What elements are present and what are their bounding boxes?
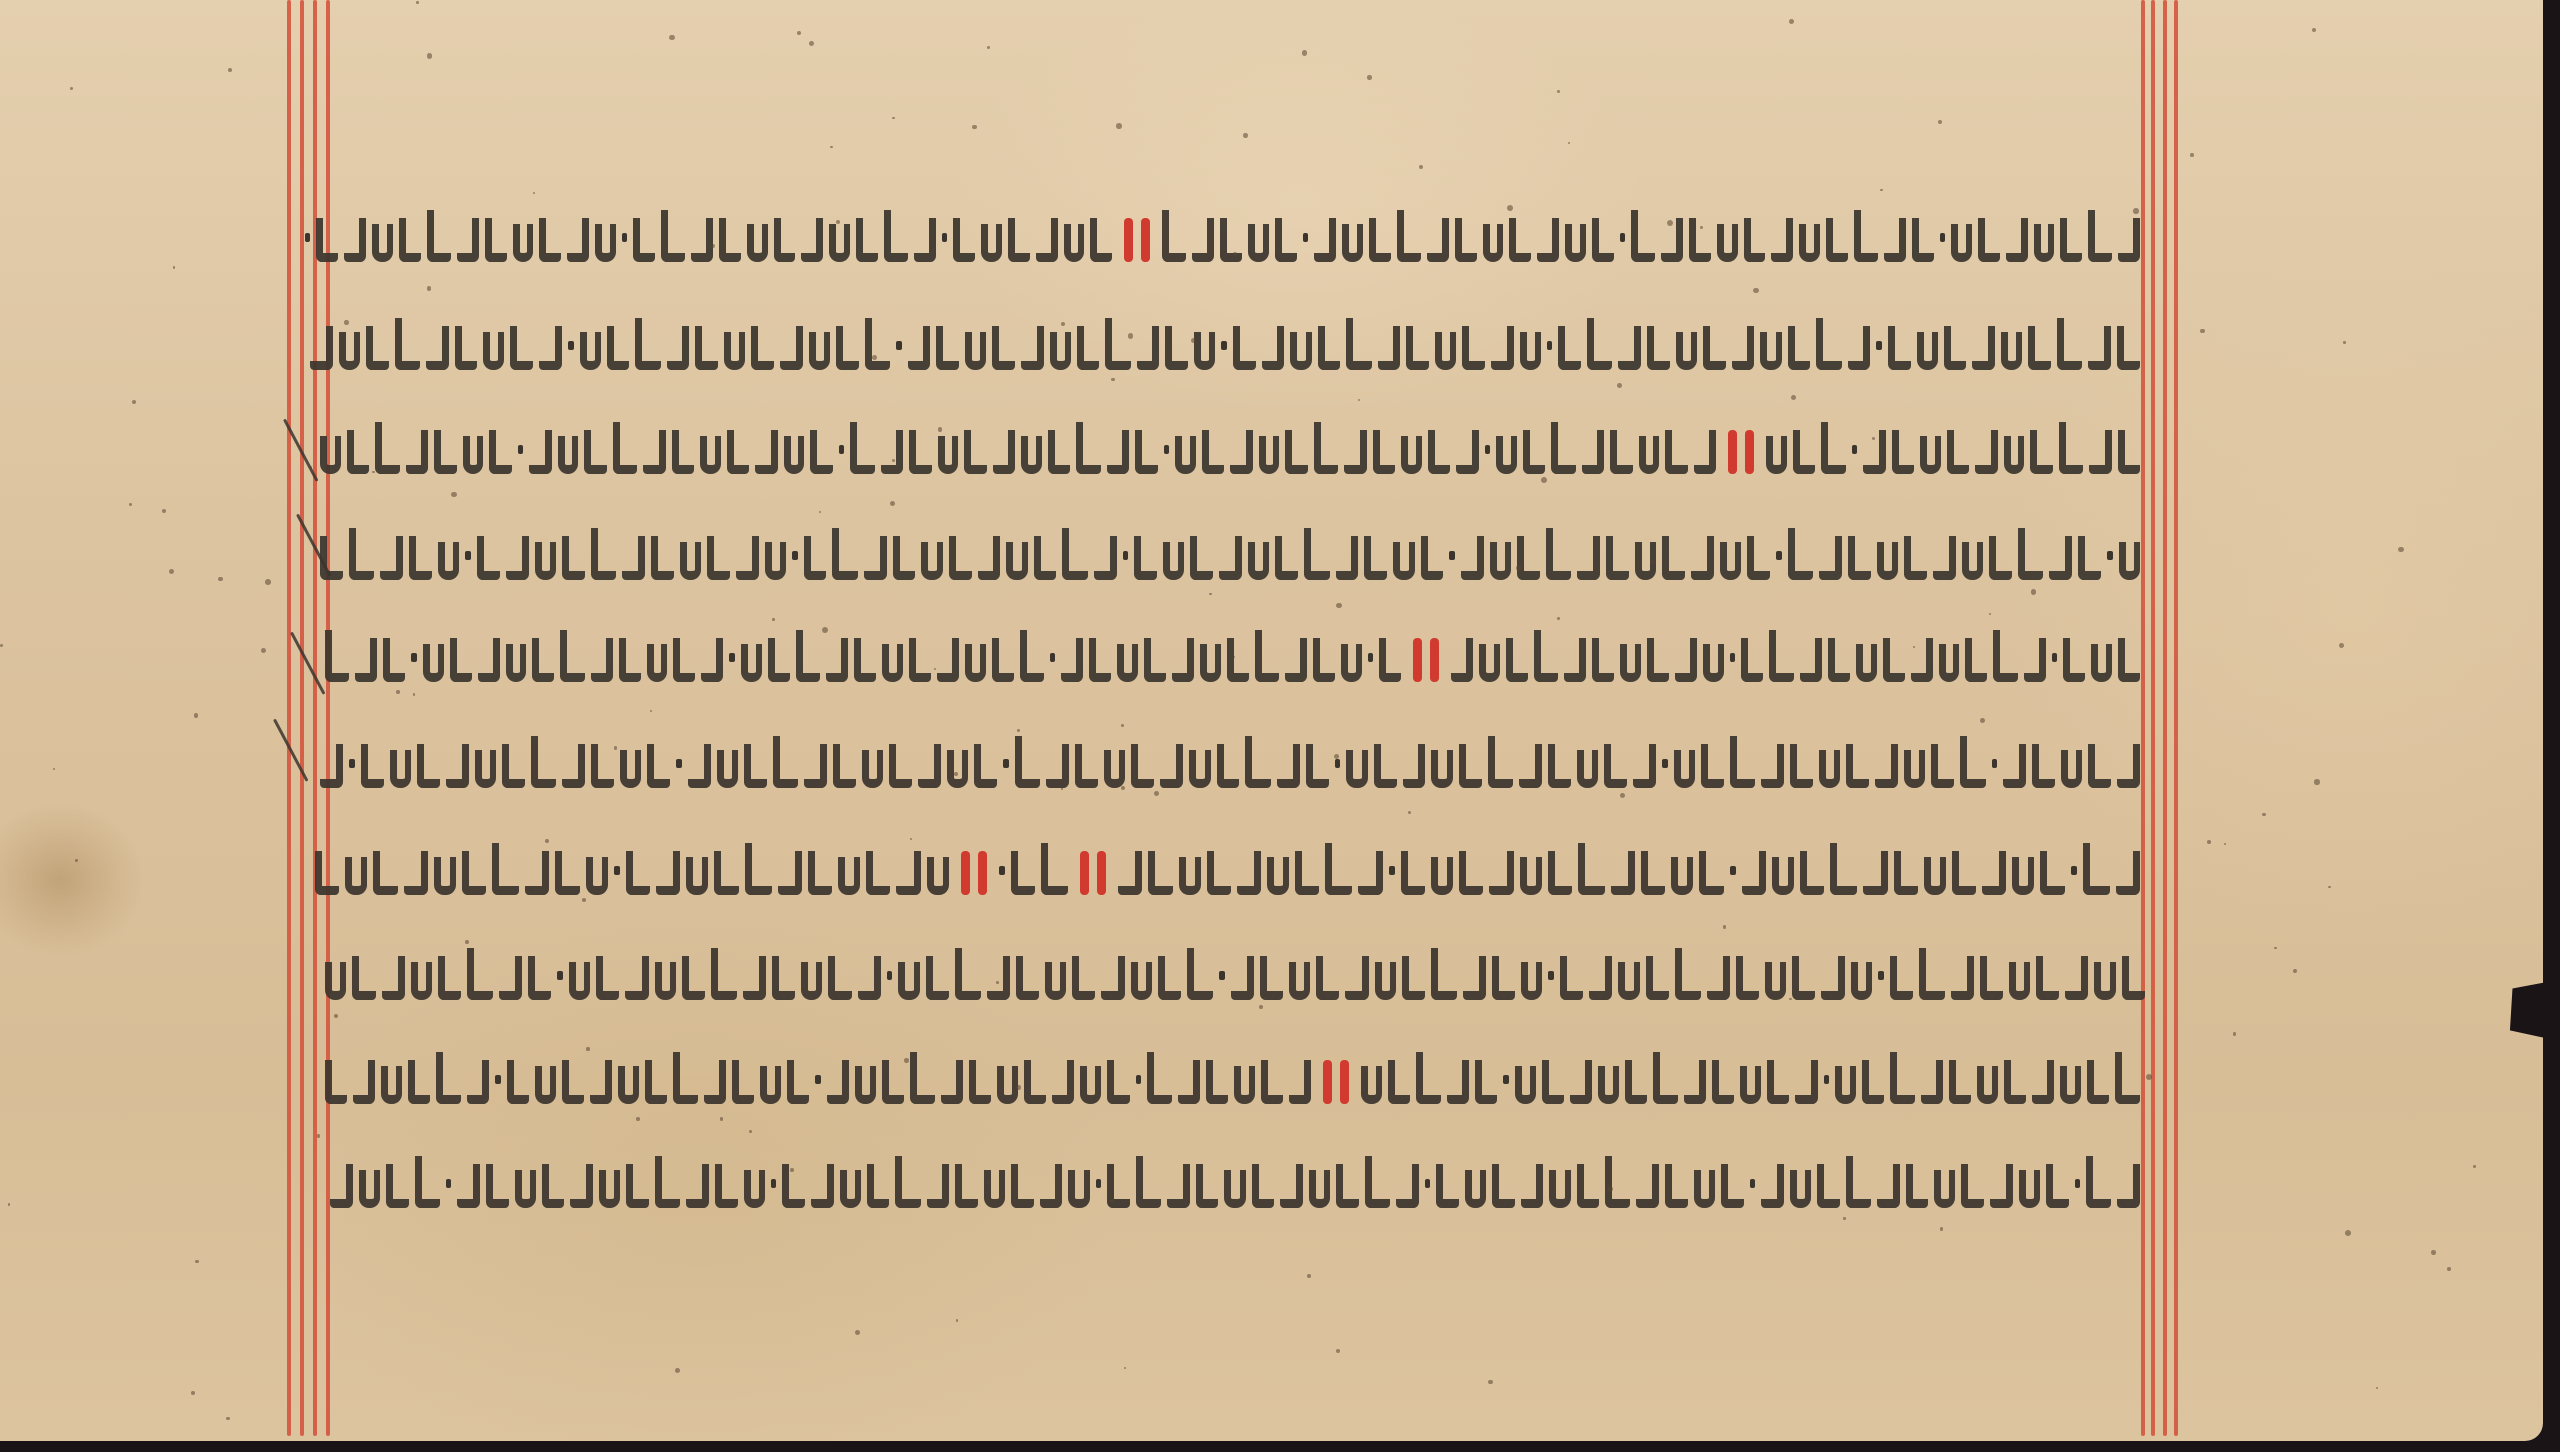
script-glyph (483, 332, 504, 370)
paper-speck (855, 1330, 860, 1335)
script-glyph (673, 1052, 698, 1104)
script-glyph (352, 956, 375, 1000)
script-glyph (809, 332, 830, 370)
script-glyph (467, 1060, 489, 1104)
script-glyph (1435, 332, 1456, 370)
script-glyph (395, 318, 420, 370)
script-glyph (1542, 1060, 1564, 1104)
script-glyph (1523, 430, 1545, 474)
punctuation-dot (349, 759, 355, 768)
script-glyph (850, 422, 875, 474)
punctuation-dot (1449, 551, 1455, 560)
script-glyph (1848, 326, 1871, 370)
punctuation-dot (465, 551, 471, 560)
script-glyph (898, 962, 919, 1000)
script-glyph (719, 218, 741, 262)
red-ruling-line (2174, 0, 2178, 1436)
script-glyph (1788, 326, 1811, 370)
script-glyph (1765, 962, 1786, 1000)
script-glyph (1875, 744, 1898, 788)
script-glyph (620, 750, 641, 788)
paper-speck (1568, 142, 1570, 144)
script-glyph (896, 851, 920, 895)
script-glyph (383, 638, 405, 682)
paper-speck (996, 981, 999, 984)
script-glyph (325, 630, 349, 682)
script-glyph (2030, 430, 2052, 474)
script-glyph (477, 536, 500, 580)
script-glyph (655, 962, 676, 1000)
script-glyph (949, 536, 972, 580)
paper-speck (1121, 724, 1124, 727)
script-glyph (1107, 430, 1129, 474)
paper-speck (2339, 643, 2344, 648)
paper-speck (987, 46, 990, 49)
script-glyph (562, 744, 585, 788)
punctuation-dot (1824, 1075, 1829, 1084)
punctuation-dot (1335, 759, 1341, 768)
script-glyph (345, 857, 367, 895)
paper-speck (1617, 383, 1622, 388)
script-glyph (732, 1060, 754, 1104)
script-glyph (1894, 851, 1918, 895)
script-glyph (591, 744, 614, 788)
paper-speck (0, 644, 3, 647)
script-glyph (881, 430, 903, 474)
script-glyph (1136, 1156, 1161, 1208)
paper-speck (334, 1014, 338, 1018)
punctuation-dot (518, 445, 524, 454)
script-glyph (1316, 956, 1339, 1000)
paper-speck (372, 471, 375, 474)
script-glyph (2088, 744, 2111, 788)
script-glyph (1631, 210, 1655, 262)
script-glyph (1068, 1170, 1089, 1208)
punctuation-dot (305, 233, 310, 242)
script-glyph (1048, 430, 1070, 474)
script-glyph (1582, 430, 1604, 474)
script-glyph (1676, 332, 1697, 370)
paper-speck (669, 35, 675, 41)
paper-speck (1723, 925, 1727, 929)
script-glyph (1304, 528, 1329, 580)
script-glyph (856, 218, 878, 262)
red-double-danda (1728, 430, 1754, 474)
script-glyph (1846, 744, 1869, 788)
script-glyph (1694, 430, 1716, 474)
script-glyph (1436, 1164, 1459, 1208)
script-glyph (1189, 750, 1210, 788)
script-glyph (1761, 1164, 1784, 1208)
script-glyph (1162, 210, 1186, 262)
script-glyph (316, 218, 338, 262)
script-glyph (325, 962, 346, 1000)
paper-speck (173, 266, 175, 268)
script-glyph (1989, 536, 2012, 580)
script-glyph (2060, 1066, 2081, 1104)
script-glyph (921, 542, 942, 580)
script-glyph (1674, 750, 1695, 788)
punctuation-dot (1164, 445, 1170, 454)
script-glyph (1892, 430, 1914, 474)
script-glyph (1314, 422, 1339, 474)
script-glyph (2059, 422, 2084, 474)
script-glyph (1277, 744, 1300, 788)
paper-speck (972, 125, 976, 129)
punctuation-dot (2075, 1179, 2081, 1188)
script-glyph (372, 224, 393, 262)
script-glyph (2049, 536, 2072, 580)
script-glyph (1641, 851, 1665, 895)
script-glyph (542, 1164, 565, 1208)
script-glyph (745, 843, 772, 895)
paper-speck (1419, 165, 1423, 169)
script-glyph (1104, 750, 1125, 788)
punctuation-dot (1776, 551, 1782, 560)
script-glyph (1289, 962, 1310, 1000)
script-glyph (1075, 744, 1098, 788)
script-glyph (349, 528, 374, 580)
script-glyph (1361, 1066, 1382, 1104)
script-glyph (1196, 1164, 1219, 1208)
script-glyph (2012, 857, 2034, 895)
script-glyph (695, 326, 718, 370)
script-glyph (1488, 736, 1513, 788)
paper-speck (1980, 718, 1985, 723)
script-glyph (1906, 1164, 1929, 1208)
script-glyph (1564, 638, 1586, 682)
script-glyph (796, 630, 820, 682)
script-glyph (406, 430, 428, 474)
script-glyph (969, 1060, 991, 1104)
script-glyph (1537, 218, 1559, 262)
punctuation-dot (495, 1075, 500, 1084)
red-double-danda (1413, 638, 1439, 682)
script-glyph (531, 736, 556, 788)
script-glyph (489, 430, 511, 474)
paper-speck (987, 1181, 989, 1183)
script-glyph (1172, 638, 1194, 682)
punctuation-dot (1003, 759, 1009, 768)
paper-speck (904, 1058, 909, 1063)
script-glyph (423, 644, 444, 682)
script-glyph (827, 1060, 849, 1104)
script-glyph (1944, 326, 1967, 370)
paper-speck (226, 1417, 230, 1421)
paper-speck (1336, 1349, 1340, 1353)
script-glyph (1483, 224, 1504, 262)
script-glyph (1819, 750, 1840, 788)
script-glyph (1633, 744, 1656, 788)
script-glyph (997, 1066, 1018, 1104)
script-glyph (1520, 332, 1541, 370)
script-glyph (784, 436, 805, 474)
script-glyph (2118, 638, 2140, 682)
script-glyph (1245, 736, 1270, 788)
script-glyph (838, 857, 860, 895)
script-glyph (562, 1060, 584, 1104)
script-glyph (1020, 630, 1044, 682)
punctuation-dot (1389, 866, 1395, 875)
script-glyph (586, 857, 608, 895)
script-glyph (619, 638, 641, 682)
script-glyph (1912, 218, 1934, 262)
paper-speck (1111, 378, 1115, 382)
script-glyph (1982, 851, 2006, 895)
script-glyph (1517, 536, 1540, 580)
paper-speck (162, 509, 166, 513)
punctuation-dot (729, 653, 734, 662)
script-glyph (1993, 630, 2017, 682)
script-glyph (926, 956, 949, 1000)
punctuation-dot (1730, 653, 1735, 662)
script-glyph (1647, 326, 1670, 370)
script-glyph (1558, 326, 1581, 370)
script-glyph (1137, 326, 1160, 370)
script-glyph (1062, 528, 1087, 580)
paper-speck (1753, 288, 1758, 293)
script-glyph (1920, 436, 1941, 474)
script-glyph (347, 430, 369, 474)
script-glyph (462, 851, 486, 895)
script-glyph (415, 1156, 440, 1208)
paper-speck (195, 1260, 198, 1263)
script-glyph (1732, 326, 1755, 370)
script-glyph (1131, 744, 1154, 788)
script-glyph (1934, 1170, 1955, 1208)
script-glyph (1618, 326, 1641, 370)
script-glyph (390, 750, 411, 788)
script-glyph (2088, 326, 2111, 370)
punctuation-dot (1750, 1179, 1756, 1188)
script-glyph (1403, 744, 1426, 788)
paper-speck (1989, 613, 1991, 615)
script-glyph (1401, 851, 1425, 895)
script-glyph (539, 218, 561, 262)
script-glyph (1620, 644, 1641, 682)
paper-speck (228, 68, 232, 72)
script-glyph (1636, 1164, 1659, 1208)
script-glyph (760, 1066, 781, 1104)
script-glyph (622, 536, 645, 580)
script-glyph (1077, 326, 1100, 370)
script-glyph (1393, 542, 1414, 580)
script-glyph (1461, 536, 1484, 580)
red-ruling-line (2151, 0, 2155, 1436)
script-glyph (625, 956, 648, 1000)
script-glyph (1163, 542, 1184, 580)
paper-speck (2376, 1387, 2378, 1389)
punctuation-dot (1852, 445, 1858, 454)
script-glyph (1767, 1060, 1789, 1104)
punctuation-dot (1876, 341, 1882, 350)
script-glyph (1888, 326, 1911, 370)
paper-speck (822, 627, 828, 633)
script-glyph (1089, 638, 1111, 682)
script-glyph (1977, 1066, 1998, 1104)
script-glyph (381, 1066, 402, 1104)
script-glyph (1703, 644, 1724, 682)
script-glyph (359, 1170, 380, 1208)
script-glyph (724, 332, 745, 370)
script-glyph (936, 326, 959, 370)
script-glyph (927, 1164, 950, 1208)
script-glyph (1947, 430, 1969, 474)
script-glyph (492, 843, 519, 895)
paper-speck (1408, 811, 1411, 814)
script-glyph (1611, 851, 1635, 895)
paper-speck (954, 772, 958, 776)
script-glyph (1835, 1066, 1856, 1104)
red-double-danda (961, 851, 987, 895)
script-glyph (2006, 218, 2028, 262)
punctuation-dot (1548, 971, 1554, 980)
script-glyph (2089, 430, 2111, 474)
script-glyph (2004, 1060, 2026, 1104)
script-glyph (862, 750, 883, 788)
paper-speck (1507, 205, 1513, 211)
script-glyph (992, 326, 1015, 370)
script-glyph (1374, 744, 1397, 788)
punctuation-dot (1221, 341, 1227, 350)
paper-speck (772, 618, 774, 620)
script-glyph (1259, 436, 1280, 474)
script-glyph (1475, 1060, 1497, 1104)
punctuation-dot (1503, 1075, 1508, 1084)
script-glyph (918, 744, 941, 788)
script-glyph (1040, 1164, 1063, 1208)
script-glyph (591, 528, 616, 580)
script-glyph (1455, 218, 1477, 262)
script-glyph (502, 744, 525, 788)
script-glyph (1830, 843, 1857, 895)
script-glyph (467, 948, 493, 1000)
script-glyph (1939, 644, 1960, 682)
script-glyph (1965, 638, 1987, 682)
script-glyph (562, 536, 585, 580)
script-glyph (682, 956, 705, 1000)
script-glyph (446, 744, 469, 788)
script-glyph (955, 1164, 978, 1208)
script-glyph (1662, 536, 1685, 580)
script-glyph (751, 326, 774, 370)
script-glyph (539, 326, 562, 370)
script-glyph (478, 638, 500, 682)
script-glyph (833, 744, 856, 788)
script-glyph (772, 956, 795, 1000)
script-glyph (1167, 1164, 1190, 1208)
script-glyph (599, 1170, 620, 1208)
script-glyph (765, 542, 786, 580)
script-glyph (801, 962, 822, 1000)
script-glyph (774, 218, 796, 262)
paper-speck (892, 117, 894, 119)
script-glyph (1747, 536, 1770, 580)
script-glyph (438, 956, 461, 1000)
script-glyph (506, 644, 527, 682)
script-glyph (1011, 851, 1035, 895)
script-glyph (1509, 218, 1531, 262)
paper-speck (465, 940, 469, 944)
script-glyph (1479, 644, 1500, 682)
script-glyph (1863, 851, 1887, 895)
script-glyph (773, 736, 798, 788)
script-glyph (645, 1060, 667, 1104)
script-glyph (1817, 1164, 1840, 1208)
script-glyph (1227, 638, 1249, 682)
script-glyph (2122, 956, 2145, 1000)
script-glyph (1261, 1060, 1283, 1104)
script-glyph (727, 430, 749, 474)
script-glyph (1772, 857, 1794, 895)
script-glyph (804, 536, 827, 580)
script-glyph (854, 638, 876, 682)
script-glyph (1064, 224, 1085, 262)
script-glyph (485, 218, 507, 262)
paper-speck (1880, 189, 1883, 192)
script-glyph (353, 1060, 375, 1104)
paper-speck (265, 579, 271, 585)
paper-speck (416, 1, 419, 4)
script-glyph (417, 744, 440, 788)
script-glyph (1760, 332, 1781, 370)
script-glyph (344, 218, 366, 262)
paper-speck (1358, 399, 1360, 401)
script-glyph (535, 1066, 556, 1104)
script-glyph (320, 436, 341, 474)
paper-speck (396, 690, 400, 694)
red-double-danda (1080, 851, 1106, 895)
script-glyph (2001, 332, 2022, 370)
script-glyph (1034, 536, 1057, 580)
paper-speck (2190, 153, 2194, 157)
script-glyph (1577, 1164, 1600, 1208)
paper-speck (1121, 786, 1125, 790)
script-glyph (647, 644, 668, 682)
script-glyph (1701, 744, 1724, 788)
script-glyph (2036, 956, 2059, 1000)
script-glyph (1289, 1060, 1311, 1104)
script-glyph (778, 851, 802, 895)
script-glyph (884, 210, 908, 262)
paper-speck (317, 1134, 321, 1138)
script-glyph (2040, 851, 2064, 895)
paper-speck (1367, 75, 1371, 79)
script-glyph (2032, 744, 2055, 788)
punctuation-dot (2052, 653, 2057, 662)
script-glyph (434, 857, 456, 895)
script-glyph (1788, 528, 1813, 580)
script-glyph (647, 744, 670, 788)
paper-speck (650, 710, 652, 712)
punctuation-dot (999, 866, 1005, 875)
paper-speck (1243, 133, 1248, 138)
script-glyph (964, 430, 986, 474)
script-glyph (1248, 542, 1269, 580)
script-glyph (375, 422, 400, 474)
paper-speck (1124, 1367, 1126, 1369)
script-glyph (1689, 218, 1711, 262)
script-glyph (590, 1060, 612, 1104)
script-glyph (1795, 1060, 1817, 1104)
punctuation-dot (622, 233, 627, 242)
paper-speck (809, 41, 814, 46)
paper-speck (2343, 341, 2345, 343)
script-glyph (1949, 1060, 1971, 1104)
script-glyph (1618, 962, 1639, 1000)
script-glyph (2091, 644, 2112, 682)
script-glyph (1275, 218, 1297, 262)
